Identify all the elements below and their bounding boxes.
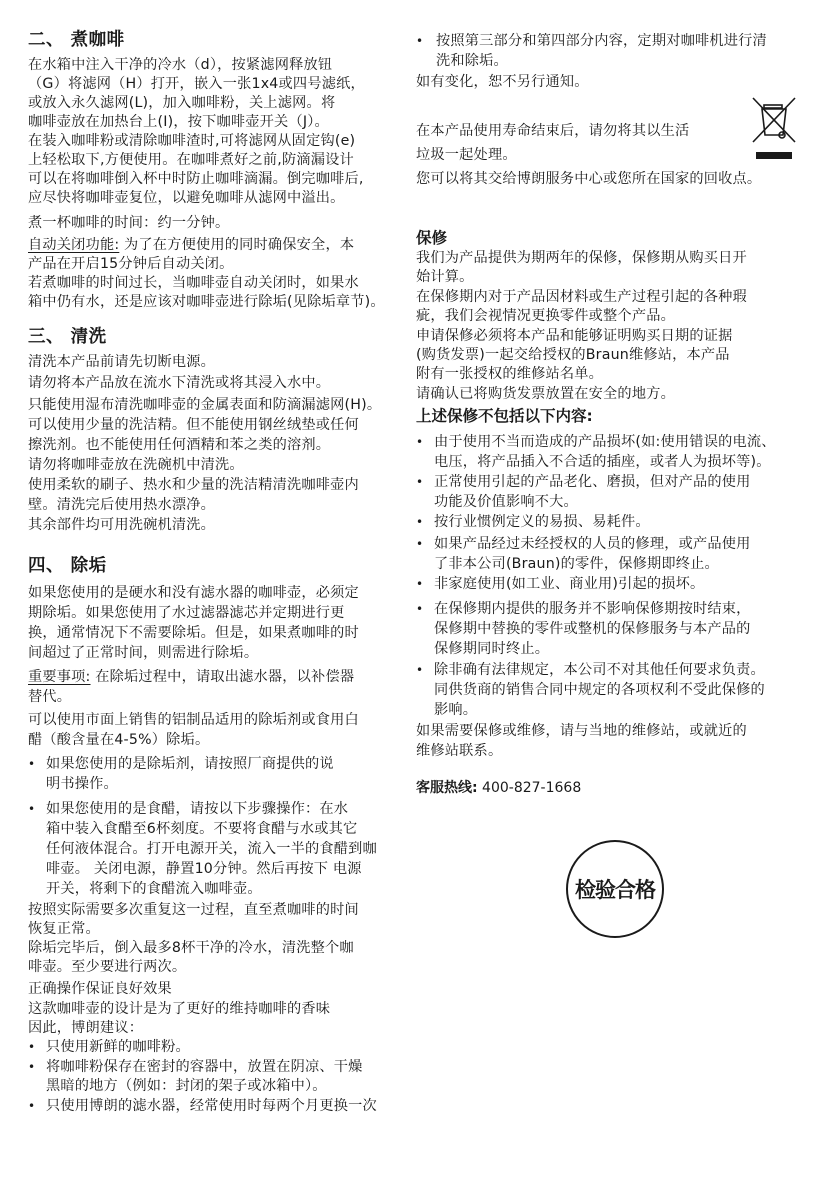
bullet-line: 电压，将产品插入不合适的插座，或者人为损坏等)。 bbox=[434, 453, 771, 471]
bullet-line: 将咖啡粉保存在密封的容器中，放置在阴凉、干燥 bbox=[46, 1058, 363, 1076]
bullet-icon: • bbox=[416, 575, 423, 593]
paragraph-line: 因此，博朗建议： bbox=[28, 1019, 143, 1037]
paragraph-line: 期除垢。如果您使用了水过滤器滤芯并定期进行更 bbox=[28, 604, 345, 622]
exclusions-title: 上述保修不包括以下内容: bbox=[416, 406, 593, 426]
paragraph-line: 在装入咖啡粉或清除咖啡渣时,可将滤网从固定钩(e) bbox=[28, 132, 355, 150]
paragraph-line: 请确认已将购货发票放置在安全的地方。 bbox=[416, 385, 675, 403]
paragraph-line: 只能使用湿布清洗咖啡壶的金属表面和防滴漏滤网(H)。 bbox=[28, 396, 381, 414]
bullet-line: 啡壶。 关闭电源，静置10分钟。然后再按下 电源 bbox=[46, 860, 362, 878]
bullet-icon: • bbox=[416, 661, 423, 679]
bullet-icon: • bbox=[28, 1097, 35, 1115]
bullet-line: 只使用新鲜的咖啡粉。 bbox=[46, 1038, 190, 1056]
bullet-icon: • bbox=[28, 800, 35, 818]
paragraph-line: 产品在开启15分钟后自动关闭。 bbox=[28, 255, 234, 273]
paragraph-line: 申请保修必须将本产品和能够证明购买日期的证据 bbox=[416, 327, 733, 345]
paragraph-line: (购货发票)一起交给授权的Braun维修站，本产品 bbox=[416, 346, 730, 364]
paragraph-line: 在水箱中注入干净的冷水（d），按紧滤网释放钮 bbox=[28, 56, 332, 74]
bullet-line: 由于使用不当而造成的产品损坏(如:使用错误的电流、 bbox=[434, 433, 776, 451]
bullet-line: 明书操作。 bbox=[46, 775, 118, 793]
contact-line: 维修站联系。 bbox=[416, 742, 502, 760]
paragraph-line: 擦洗剂。也不能使用任何酒精和苯之类的溶剂。 bbox=[28, 436, 330, 454]
bullet-line: 在保修期内提供的服务并不影响保修期按时结束， bbox=[434, 600, 751, 618]
bullet-icon: • bbox=[28, 1038, 35, 1056]
bullet-line: 正常使用引起的产品老化、磨损，但对产品的使用 bbox=[434, 473, 751, 491]
paragraph-line: 请勿将咖啡壶放在洗碗机中清洗。 bbox=[28, 456, 244, 474]
paragraph-line: 始计算。 bbox=[416, 268, 474, 286]
paragraph-line: 换，通常情况下不需要除垢。但是，如果煮咖啡的时 bbox=[28, 624, 359, 642]
bullet-line: 如果产品经过未经授权的人员的修理，或产品使用 bbox=[434, 535, 751, 553]
auto-off-line: 自动关闭功能: 为了在方便使用的同时确保安全，本 bbox=[28, 236, 354, 254]
paragraph-line: 箱中仍有水，还是应该对咖啡壶进行除垢(见除垢章节)。 bbox=[28, 293, 385, 311]
paragraph-line: 我们为产品提供为期两年的保修，保修期从购买日开 bbox=[416, 249, 747, 267]
bullet-icon: • bbox=[28, 755, 35, 773]
bullet-line: 黑暗的地方（例如：封闭的架子或冰箱中）。 bbox=[46, 1077, 327, 1095]
notice-line: 如有变化，恕不另行通知。 bbox=[416, 73, 589, 91]
bullet-line: 了非本公司(Braun)的零件，保修期即终止。 bbox=[434, 555, 719, 573]
hotline-number: 400-827-1668 bbox=[478, 780, 582, 796]
crossed-out-wheelie-bin-icon bbox=[752, 97, 796, 161]
section-title-brewing: 二、 煮咖啡 bbox=[28, 29, 125, 51]
paragraph-line: 除垢完毕后，倒入最多8杯干净的冷水，清洗整个咖 bbox=[28, 939, 354, 957]
bullet-line: 保修期中替换的零件或整机的保修服务与本产品的 bbox=[434, 620, 751, 638]
paragraph-line: 醋（酸含量在4-5%）除垢。 bbox=[28, 731, 209, 749]
paragraph-line: 在保修期内对于产品因材料或生产过程引起的各种瑕 bbox=[416, 288, 747, 306]
bullet-icon: • bbox=[416, 32, 423, 50]
inspection-passed-stamp: 检验合格 bbox=[566, 840, 664, 938]
paragraph-line: 使用柔软的刷子、热水和少量的洗洁精清洗咖啡壶内 bbox=[28, 476, 359, 494]
paragraph-line: 应尽快将咖啡壶复位，以避免咖啡从滤网中溢出。 bbox=[28, 189, 345, 207]
brew-time-line: 煮一杯咖啡的时间：约一分钟。 bbox=[28, 214, 229, 232]
paragraph-line: 其余部件均可用洗碗机清洗。 bbox=[28, 516, 215, 534]
warranty-title: 保修 bbox=[416, 228, 447, 248]
stamp-text: 检验合格 bbox=[575, 874, 655, 904]
bullet-line: 如果您使用的是除垢剂，请按照厂商提供的说 bbox=[46, 755, 334, 773]
paragraph-line: 清洗本产品前请先切断电源。 bbox=[28, 353, 215, 371]
bullet-line: 同供货商的销售合同中规定的各项权利不受此保修的 bbox=[434, 681, 765, 699]
bullet-line: 按照第三部分和第四部分内容，定期对咖啡机进行清 bbox=[436, 32, 767, 50]
paragraph-line: 若煮咖啡的时间过长，当咖啡壶自动关闭时，如果水 bbox=[28, 274, 359, 292]
paragraph-line: 上轻松取下,方便使用。在咖啡煮好之前,防滴漏设计 bbox=[28, 151, 354, 169]
paragraph-line: 或放入永久滤网(L)，加入咖啡粉，关上滤网。将 bbox=[28, 94, 335, 112]
paragraph-line: 按照实际需要多次重复这一过程，直至煮咖啡的时间 bbox=[28, 901, 359, 919]
paragraph-line: 可以使用少量的洗洁精。但不能使用钢丝绒垫或任何 bbox=[28, 416, 359, 434]
disposal-line: 在本产品使用寿命结束后，请勿将其以生活 bbox=[416, 122, 689, 140]
bullet-icon: • bbox=[416, 600, 423, 618]
bullet-line: 影响。 bbox=[434, 701, 477, 719]
bullet-icon: • bbox=[416, 473, 423, 491]
paragraph-line: 疵，我们会视情况更换零件或整个产品。 bbox=[416, 307, 675, 325]
paragraph-line: 如果您使用的是硬水和没有滤水器的咖啡壶，必须定 bbox=[28, 584, 359, 602]
paragraph-line: 这款咖啡壶的设计是为了更好的维持咖啡的香味 bbox=[28, 1000, 330, 1018]
important-label: 重要事项: bbox=[28, 669, 91, 685]
disposal-line: 垃圾一起处理。 bbox=[416, 146, 517, 164]
bullet-line: 按行业惯例定义的易损、易耗件。 bbox=[434, 513, 650, 531]
hotline-label: 客服热线: bbox=[416, 780, 478, 796]
paragraph-line: 间超过了正常时间，则需进行除垢。 bbox=[28, 644, 258, 662]
hotline: 客服热线: 400-827-1668 bbox=[416, 779, 581, 797]
paragraph-line: 可以在将咖啡倒入杯中时防止咖啡滴漏。倒完咖啡后, bbox=[28, 170, 364, 188]
important-line: 重要事项: 在除垢过程中，请取出滤水器，以补偿器 bbox=[28, 668, 354, 686]
bullet-line: 功能及价值影响不大。 bbox=[434, 493, 578, 511]
paragraph-line: （G）将滤网（H）打开，嵌入一张1x4或四号滤纸， bbox=[28, 75, 365, 93]
disposal-line: 您可以将其交给博朗服务中心或您所在国家的回收点。 bbox=[416, 170, 761, 188]
bullet-line: 箱中装入食醋至6杯刻度。不要将食醋与水或其它 bbox=[46, 820, 357, 838]
paragraph-line: 附有一张授权的维修站名单。 bbox=[416, 365, 603, 383]
bullet-line: 只使用博朗的滤水器，经常使用时每两个月更换一次 bbox=[46, 1097, 377, 1115]
bullet-icon: • bbox=[416, 535, 423, 553]
bullet-line: 洗和除垢。 bbox=[436, 52, 508, 70]
paragraph-line: 啡壶。至少要进行两次。 bbox=[28, 958, 186, 976]
paragraph-line: 替代。 bbox=[28, 688, 71, 706]
bullet-line: 非家庭使用(如工业、商业用)引起的损坏。 bbox=[434, 575, 704, 593]
paragraph-line: 可以使用市面上销售的铝制品适用的除垢剂或食用白 bbox=[28, 711, 359, 729]
paragraph-line: 咖啡壶放在加热台上(I)，按下咖啡壶开关（J）。 bbox=[28, 113, 329, 131]
auto-off-label: 自动关闭功能: bbox=[28, 237, 119, 253]
bullet-icon: • bbox=[28, 1058, 35, 1076]
bullet-line: 保修期同时终止。 bbox=[434, 640, 549, 658]
section-title-descaling: 四、 除垢 bbox=[28, 555, 107, 577]
section-title-cleaning: 三、 清洗 bbox=[28, 326, 107, 348]
paragraph-line: 壁。清洗完后使用热水漂净。 bbox=[28, 496, 215, 514]
bullet-icon: • bbox=[416, 433, 423, 451]
contact-line: 如果需要保修或维修，请与当地的维修站，或就近的 bbox=[416, 722, 747, 740]
paragraph-line: 请勿将本产品放在流水下清洗或将其浸入水中。 bbox=[28, 374, 330, 392]
bullet-line: 开关，将剩下的食醋流入咖啡壶。 bbox=[46, 880, 262, 898]
paragraph-line: 恢复正常。 bbox=[28, 920, 100, 938]
bullet-line: 任何液体混合。打开电源开关，流入一半的食醋到咖 bbox=[46, 840, 377, 858]
bullet-line: 除非确有法律规定，本公司不对其他任何要求负责。 bbox=[434, 661, 765, 679]
tips-title: 正确操作保证良好效果 bbox=[28, 980, 172, 998]
bullet-line: 如果您使用的是食醋，请按以下步骤操作：在水 bbox=[46, 800, 348, 818]
bullet-icon: • bbox=[416, 513, 423, 531]
